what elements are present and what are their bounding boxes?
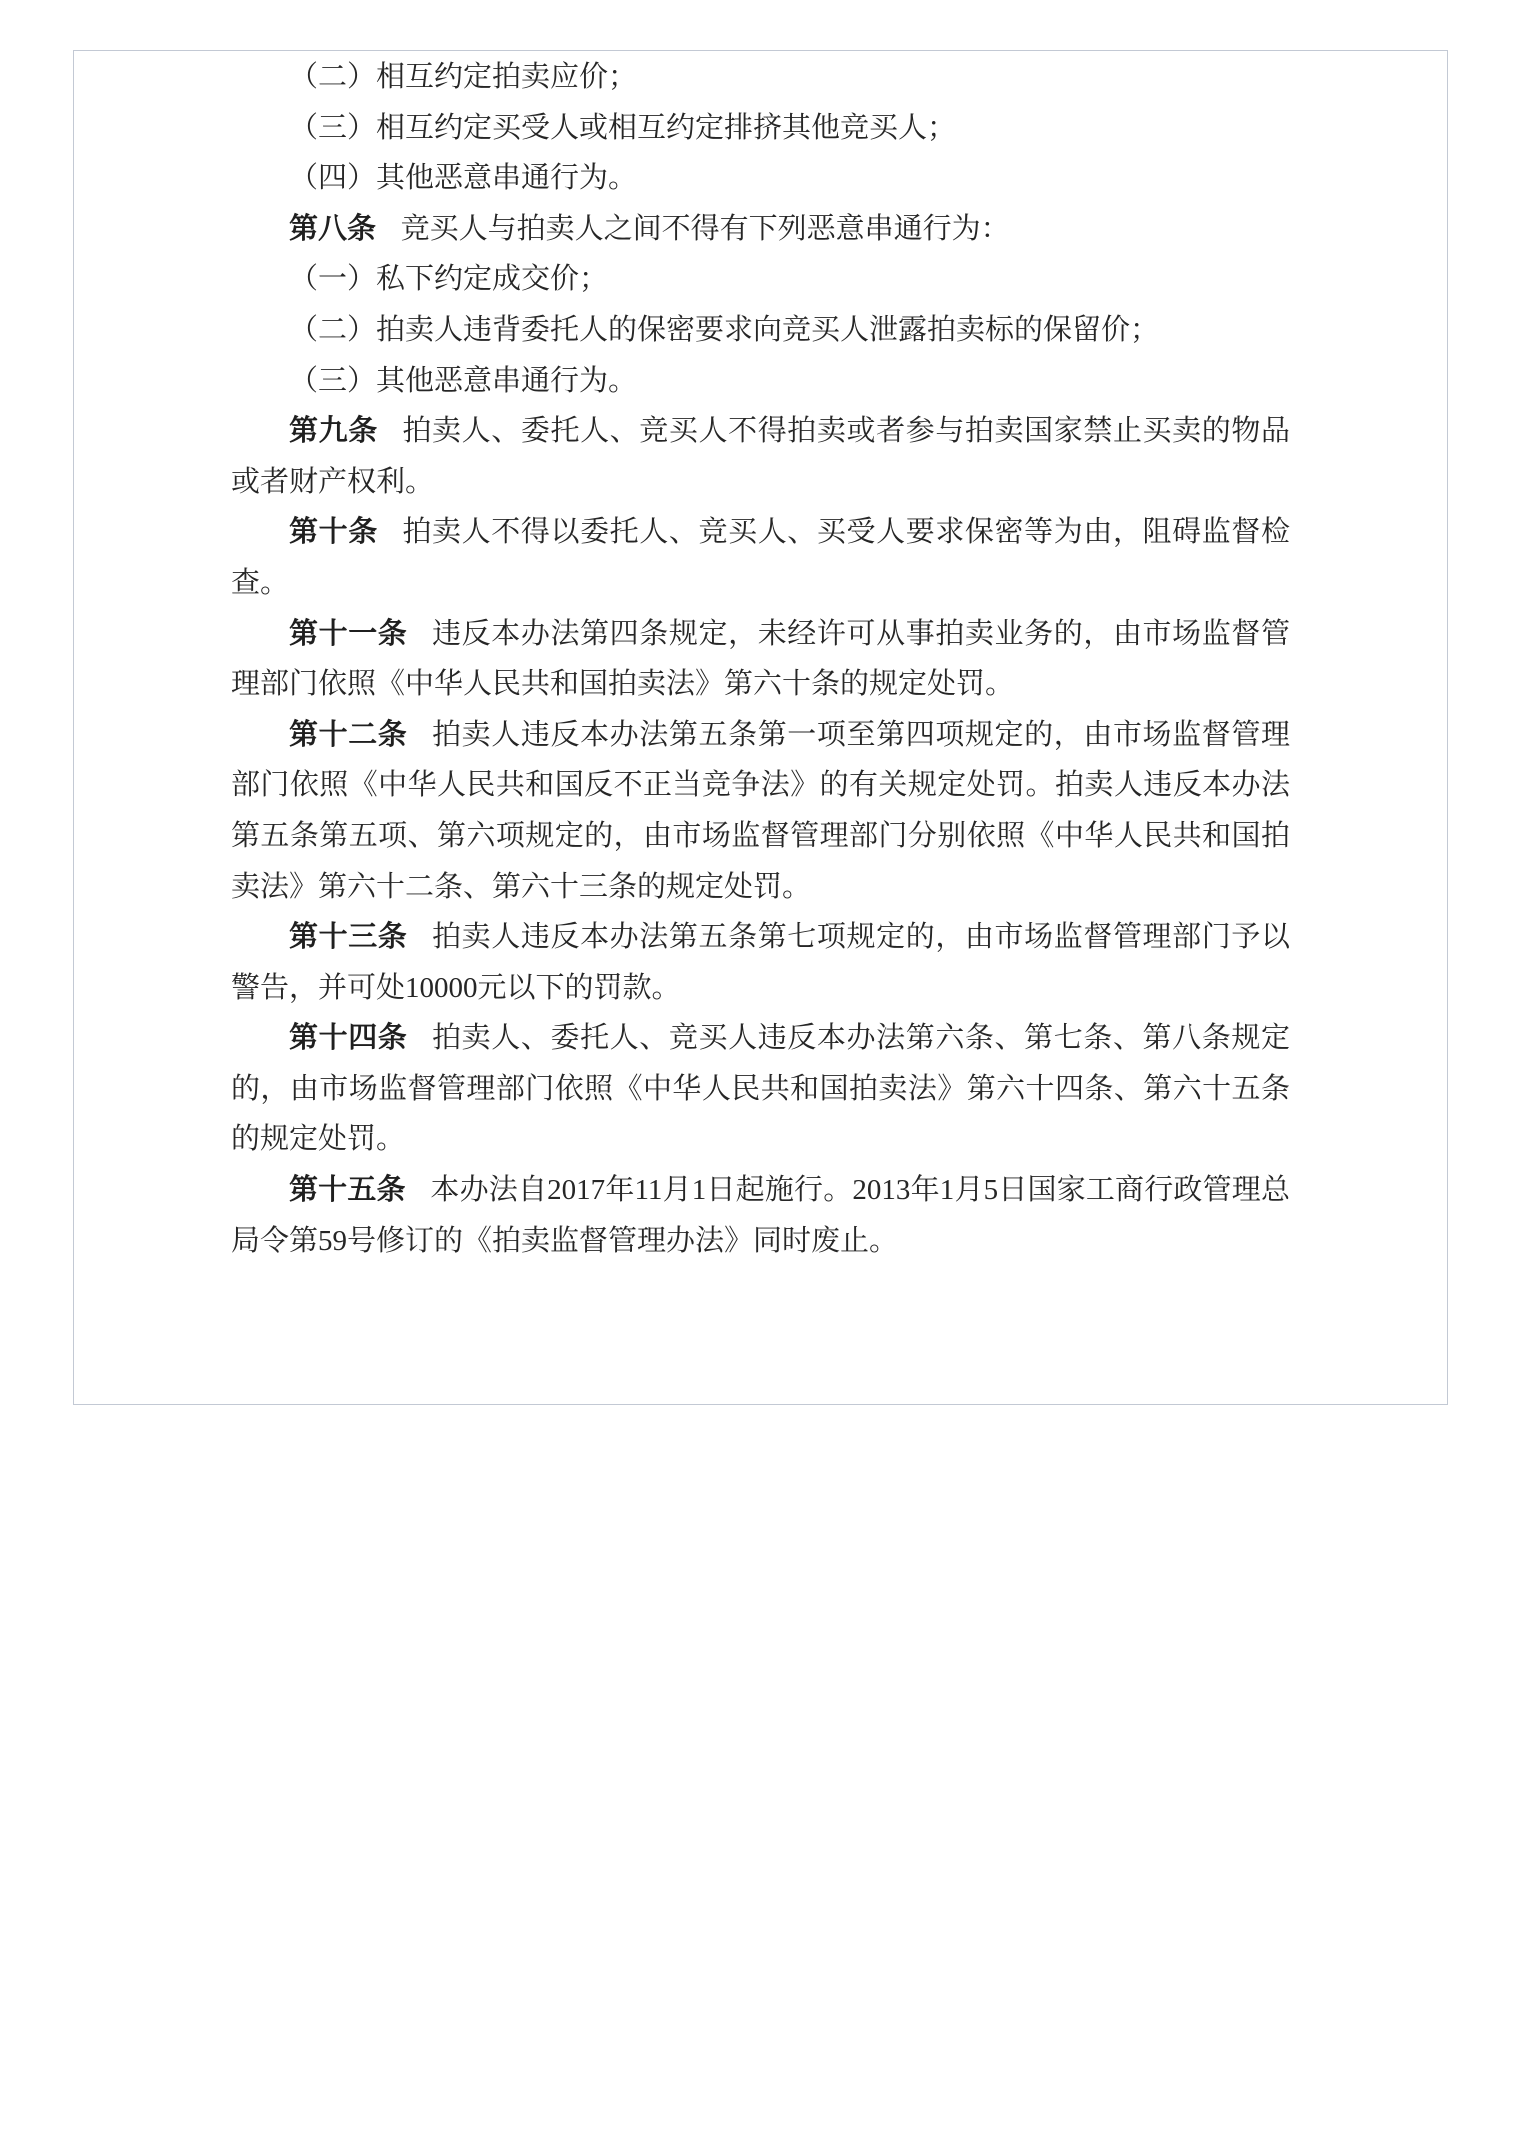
article-number: 第十三条 xyxy=(289,921,407,953)
paragraph: 第十四条拍卖人、委托人、竞买人违反本办法第六条、第七条、第八条规定的，由市场监督… xyxy=(231,1013,1290,1165)
article-number: 第十四条 xyxy=(289,1022,407,1054)
paragraph-text: （二）拍卖人违背委托人的保密要求向竞买人泄露拍卖标的保留价； xyxy=(289,314,1159,346)
paragraph-text: 拍卖人不得以委托人、竞买人、买受人要求保密等为由，阻碍监督检查。 xyxy=(231,516,1290,599)
paragraph: （一）私下约定成交价； xyxy=(231,254,1290,305)
paragraph: 第八条竞买人与拍卖人之间不得有下列恶意串通行为： xyxy=(231,204,1290,255)
paragraph-text: （三）其他恶意串通行为。 xyxy=(289,365,637,397)
document-body: （二）相互约定拍卖应价； （三）相互约定买受人或相互约定排挤其他竞买人； （四）… xyxy=(74,51,1447,1266)
paragraph: 第十五条本办法自2017年11月1日起施行。2013年1月5日国家工商行政管理总… xyxy=(231,1165,1290,1266)
paragraph: （四）其他恶意串通行为。 xyxy=(231,153,1290,204)
paragraph: （三）相互约定买受人或相互约定排挤其他竞买人； xyxy=(231,103,1290,154)
article-number: 第十五条 xyxy=(289,1174,406,1206)
paragraph-text: （四）其他恶意串通行为。 xyxy=(289,162,637,194)
paragraph-text: 竞买人与拍卖人之间不得有下列恶意串通行为： xyxy=(401,213,1010,245)
paragraph-text: （三）相互约定买受人或相互约定排挤其他竞买人； xyxy=(289,112,956,144)
article-number: 第十二条 xyxy=(289,719,407,751)
paragraph-text: （二）相互约定拍卖应价； xyxy=(289,61,637,93)
article-number: 第八条 xyxy=(289,213,376,245)
paragraph-text: 拍卖人、委托人、竞买人不得拍卖或者参与拍卖国家禁止买卖的物品或者财产权利。 xyxy=(231,415,1290,498)
paragraph: 第十二条拍卖人违反本办法第五条第一项至第四项规定的，由市场监督管理部门依照《中华… xyxy=(231,710,1290,912)
paragraph: 第九条拍卖人、委托人、竞买人不得拍卖或者参与拍卖国家禁止买卖的物品或者财产权利。 xyxy=(231,406,1290,507)
paragraph: （二）相互约定拍卖应价； xyxy=(231,52,1290,103)
article-number: 第十一条 xyxy=(289,618,407,650)
paragraph: 第十一条违反本办法第四条规定，未经许可从事拍卖业务的，由市场监督管理部门依照《中… xyxy=(231,609,1290,710)
article-number: 第九条 xyxy=(289,415,378,447)
paragraph: 第十条拍卖人不得以委托人、竞买人、买受人要求保密等为由，阻碍监督检查。 xyxy=(231,507,1290,608)
paragraph: （二）拍卖人违背委托人的保密要求向竞买人泄露拍卖标的保留价； xyxy=(231,305,1290,356)
paragraph-text: （一）私下约定成交价； xyxy=(289,263,608,295)
article-number: 第十条 xyxy=(289,516,378,548)
paragraph: （三）其他恶意串通行为。 xyxy=(231,356,1290,407)
paragraph: 第十三条拍卖人违反本办法第五条第七项规定的，由市场监督管理部门予以警告，并可处1… xyxy=(231,912,1290,1013)
document-page-sheet: （二）相互约定拍卖应价； （三）相互约定买受人或相互约定排挤其他竞买人； （四）… xyxy=(73,50,1448,1405)
